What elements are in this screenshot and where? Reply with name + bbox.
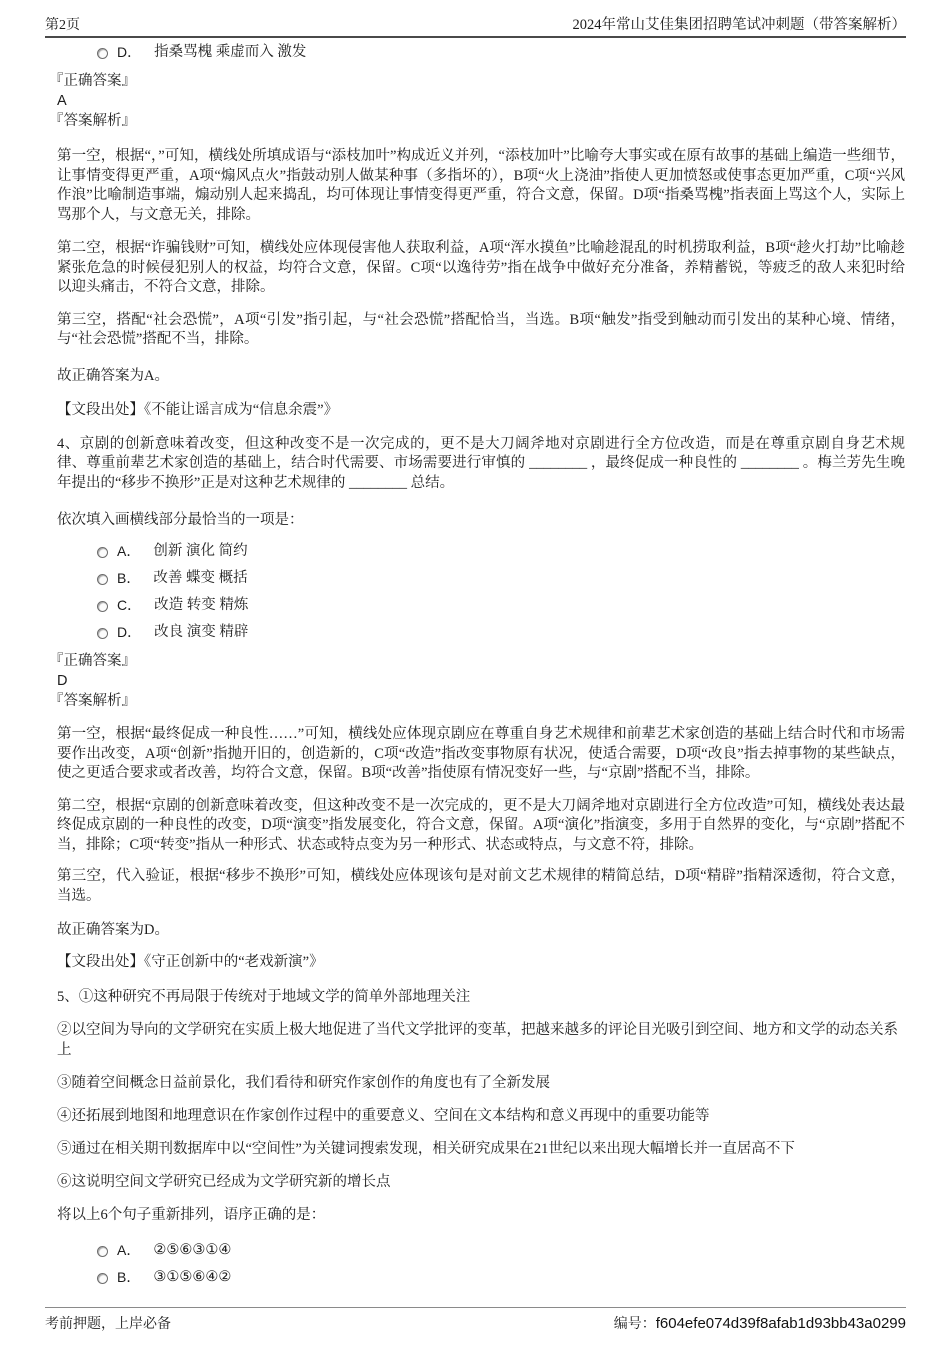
q4-prompt: 依次填入画横线部分最恰当的一项是： <box>57 510 905 530</box>
q4-analysis-paragraph-1: 第一空，根据“最终促成一种良性……”可知，横线处应体现京剧应在尊重自身艺术规律和… <box>57 725 905 784</box>
q4-question-stem: 4、京剧的创新意味着改变，但这种改变不是一次完成的，更不是大刀阔斧地对京剧进行全… <box>57 435 905 494</box>
q3-option-d[interactable]: D． 指桑骂槐 乘虚而入 激发 <box>97 44 905 62</box>
option-letter: D． <box>117 623 141 643</box>
option-letter: D． <box>117 43 141 63</box>
page-footer: 考前押题，上岸必备 编号：f604efe074d39f8afab1d93bb43… <box>45 1307 906 1333</box>
document-title: 2024年常山艾佳集团招聘笔试冲刺题（带答案解析） <box>573 13 907 34</box>
document-content: D． 指桑骂槐 乘虚而入 激发 『正确答案』 A 『答案解析』 第一空，根据“，… <box>57 44 905 1296</box>
radio-button-icon[interactable] <box>97 628 108 639</box>
footer-slogan: 考前押题，上岸必备 <box>45 1313 171 1333</box>
document-code-label: 编号： <box>614 1317 656 1332</box>
page-header: 第2页 2024年常山艾佳集团招聘笔试冲刺题（带答案解析） <box>45 13 906 38</box>
option-text: 改善 蝶变 概括 <box>153 569 247 589</box>
option-letter: B． <box>117 1268 140 1288</box>
option-text: ③①⑤⑥④② <box>153 1268 231 1288</box>
option-text: ②⑤⑥③①④ <box>153 1241 231 1261</box>
q5-sentence-3: ③随着空间概念日益前景化，我们看待和研究作家创作的角度也有了全新发展 <box>57 1073 905 1093</box>
q4-option-b[interactable]: B． 改善 蝶变 概括 <box>97 570 905 588</box>
q3-source-reference: 【文段出处】《不能让谣言成为“信息余震”》 <box>57 400 905 420</box>
analysis-label: 『答案解析』 <box>49 111 905 131</box>
radio-button-icon[interactable] <box>97 48 108 59</box>
q4-correct-answer-value: D <box>57 671 905 691</box>
q5-sentence-5: ⑤通过在相关期刊数据库中以“空间性”为关键词搜索发现，相关研究成果在21世纪以来… <box>57 1139 905 1159</box>
option-letter: A． <box>117 1241 140 1261</box>
document-code-value: f604efe074d39f8afab1d93bb43a0299 <box>656 1315 906 1332</box>
q3-analysis-paragraph-2: 第二空，根据“诈骗钱财”可知，横线处应体现侵害他人获取利益，A项“浑水摸鱼”比喻… <box>57 239 905 298</box>
q4-options-list: A． 创新 演化 简约 B． 改善 蝶变 概括 C． 改造 转变 精炼 D． 改… <box>57 543 905 642</box>
q4-option-c[interactable]: C． 改造 转变 精炼 <box>97 597 905 615</box>
radio-button-icon[interactable] <box>97 574 108 585</box>
option-letter: A． <box>117 542 140 562</box>
document-code: 编号：f604efe074d39f8afab1d93bb43a0299 <box>614 1313 906 1333</box>
radio-button-icon[interactable] <box>97 601 108 612</box>
option-text: 改造 转变 精炼 <box>154 596 248 616</box>
option-letter: C． <box>117 596 141 616</box>
q5-prompt: 将以上6个句子重新排列，语序正确的是： <box>57 1205 905 1225</box>
q3-conclusion: 故正确答案为A。 <box>57 366 905 386</box>
q4-analysis-paragraph-3: 第三空，代入验证，根据“移步不换形”可知，横线处应体现该句是对前文艺术规律的精简… <box>57 867 905 906</box>
q3-correct-answer-value: A <box>57 91 905 111</box>
q5-sentence-2: ②以空间为导向的文学研究在实质上极大地促进了当代文学批评的变革，把越来越多的评论… <box>57 1020 905 1060</box>
radio-button-icon[interactable] <box>97 1273 108 1284</box>
q4-option-d[interactable]: D． 改良 演变 精辟 <box>97 624 905 642</box>
radio-button-icon[interactable] <box>97 1246 108 1257</box>
q4-analysis-paragraph-2: 第二空，根据“京剧的创新意味着改变，但这种改变不是一次完成的，更不是大刀阔斧地对… <box>57 797 905 856</box>
option-text: 创新 演化 简约 <box>153 542 247 562</box>
q5-sentence-1: 5、①这种研究不再局限于传统对于地域文学的简单外部地理关注 <box>57 987 905 1007</box>
radio-button-icon[interactable] <box>97 547 108 558</box>
option-text: 改良 演变 精辟 <box>154 623 248 643</box>
q5-sentence-4: ④还拓展到地图和地理意识在作家创作过程中的重要意义、空间在文本结构和意义再现中的… <box>57 1106 905 1126</box>
correct-answer-label: 『正确答案』 <box>49 71 905 91</box>
q5-option-a[interactable]: A． ②⑤⑥③①④ <box>97 1242 905 1260</box>
option-letter: B． <box>117 569 140 589</box>
document-page: 第2页 2024年常山艾佳集团招聘笔试冲刺题（带答案解析） D． 指桑骂槐 乘虚… <box>0 0 950 1345</box>
q4-source-reference: 【文段出处】《守正创新中的“老戏新演”》 <box>57 952 905 972</box>
q4-conclusion: 故正确答案为D。 <box>57 920 905 940</box>
q4-option-a[interactable]: A． 创新 演化 简约 <box>97 543 905 561</box>
q5-options-list: A． ②⑤⑥③①④ B． ③①⑤⑥④② <box>57 1242 905 1287</box>
q3-analysis-paragraph-3: 第三空，搭配“社会恐慌”，A项“引发”指引起，与“社会恐慌”搭配恰当，当选。B项… <box>57 311 905 350</box>
q5-sentence-6: ⑥这说明空间文学研究已经成为文学研究新的增长点 <box>57 1172 905 1192</box>
q3-analysis-paragraph-1: 第一空，根据“，”可知，横线处所填成语与“添枝加叶”构成近义并列，“添枝加叶”比… <box>57 147 905 225</box>
correct-answer-label: 『正确答案』 <box>49 651 905 671</box>
q5-option-b[interactable]: B． ③①⑤⑥④② <box>97 1269 905 1287</box>
analysis-label: 『答案解析』 <box>49 691 905 711</box>
page-number: 第2页 <box>45 14 80 34</box>
option-text: 指桑骂槐 乘虚而入 激发 <box>154 43 306 63</box>
